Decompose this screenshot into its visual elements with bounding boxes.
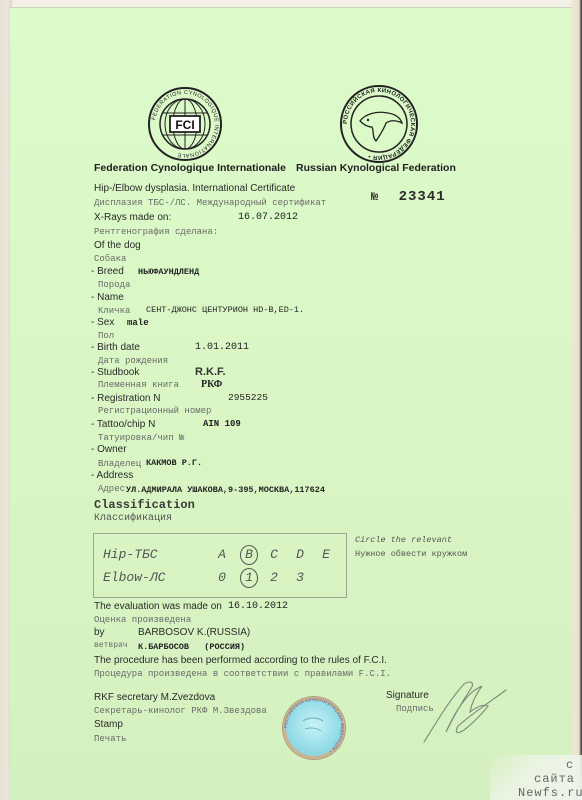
dog-label-ru: Собака	[94, 254, 126, 264]
tattoo-label-ru: Татуировка/чип №	[98, 433, 184, 443]
breed-value: НЬЮФАУНДЛЕНД	[138, 267, 199, 277]
xrays-date: 16.07.2012	[238, 212, 298, 223]
procedure-text-en: The procedure has been performed accordi…	[94, 655, 387, 666]
name-value: СЕНТ-ДЖОНС ЦЕНТУРИОН HD-B,ED-1.	[146, 305, 304, 315]
certificate-number: № 23341	[371, 189, 446, 205]
registration-value: 2955225	[228, 392, 268, 403]
address-label-ru: Адрес	[98, 484, 125, 494]
number-sign: №	[371, 190, 379, 204]
secretary-en: RKF secretary M.Zvezdova	[94, 692, 215, 703]
address-value: УЛ.АДМИРАЛА УШАКОВА,9-395,МОСКВА,117624	[126, 485, 325, 495]
handwritten-signature-icon	[418, 672, 528, 752]
hip-grade-C: C	[266, 547, 282, 562]
classification-title-ru: Классификация	[94, 513, 172, 524]
secretary-ru: Секретарь-кинолог РКФ М.Звездова	[94, 706, 267, 716]
sex-label-en: - Sex	[91, 317, 114, 328]
vet-name-ru: К.БАРБОСОВ (РОССИЯ)	[138, 642, 245, 652]
classification-box: Hip-ТБС ABCDE Elbow-ЛС 0123	[93, 533, 347, 598]
svg-text:РОССИЙСКАЯ КИНОЛОГИЧЕСКАЯ ФЕДЕ: РОССИЙСКАЯ КИНОЛОГИЧЕСКАЯ ФЕДЕРАЦИЯ •	[343, 88, 415, 160]
studbook-label-en: - Studbook	[91, 367, 139, 378]
evaluation-label-ru: Оценка произведена	[94, 615, 191, 625]
studbook-label-ru: Племенная книга	[98, 380, 179, 390]
hip-grade-B: B	[240, 545, 258, 565]
studbook-value-ru: РКФ	[201, 379, 222, 390]
fci-logo: FCI FEDERATION CYNOLOGIQUE INTERNATIONAL…	[146, 85, 224, 163]
rkf-logo: РОССИЙСКАЯ КИНОЛОГИЧЕСКАЯ ФЕДЕРАЦИЯ •	[338, 83, 420, 165]
by-label-en: by	[94, 627, 105, 638]
watermark-line-2: сайта	[534, 772, 575, 786]
circle-note-en: Circle the relevant	[355, 535, 452, 545]
tattoo-label-en: - Tattoo/chip N	[91, 419, 155, 430]
owner-value: КАКМОВ Р.Г.	[146, 458, 202, 468]
elbow-label: Elbow-ЛС	[103, 570, 165, 585]
vet-name-en: BARBOSOV K.(RUSSIA)	[138, 627, 250, 638]
watermark-line-1: с	[566, 758, 574, 772]
sex-value: male	[127, 318, 149, 328]
scan-right-edge	[572, 0, 582, 800]
studbook-value-en: R.K.F.	[195, 366, 226, 378]
hip-grade-D: D	[292, 547, 308, 562]
evaluation-label-en: The evaluation was made on	[94, 601, 222, 612]
breed-label-ru: Порода	[98, 280, 130, 290]
hip-grades: ABCDE	[214, 547, 344, 565]
elbow-grades: 0123	[214, 570, 344, 588]
classification-title-en: Classification	[94, 498, 195, 512]
rkf-hologram-stamp-icon: РОССИЙСКАЯ КИНОЛОГИЧЕСКАЯ ФЕДЕРАЦИЯ •	[283, 697, 345, 759]
fci-name: Federation Cynologique Internationale	[94, 162, 286, 174]
registration-label-en: - Registration N	[91, 393, 160, 404]
hip-label: Hip-ТБС	[103, 547, 158, 562]
name-label-ru: Кличка	[98, 306, 130, 316]
procedure-text-ru: Процедура произведена в соответствии с п…	[94, 669, 391, 679]
name-label-en: - Name	[91, 292, 124, 303]
by-label-ru: ветврач	[94, 641, 128, 650]
birth-date-value: 1.01.2011	[195, 342, 249, 353]
tattoo-value: AIN 109	[203, 419, 241, 429]
circle-note-ru: Нужное обвести кружком	[355, 549, 467, 559]
owner-label-ru: Владелец	[98, 459, 141, 469]
fci-globe-emblem-icon: FCI FEDERATION CYNOLOGIQUE INTERNATIONAL…	[146, 85, 224, 163]
xrays-label-en: X-Rays made on:	[94, 212, 171, 223]
svg-text:FCI: FCI	[175, 118, 194, 132]
stamp-label-ru: Печать	[94, 734, 126, 744]
elbow-grade-3: 3	[292, 570, 308, 585]
hip-grade-A: A	[214, 547, 230, 562]
owner-label-en: - Owner	[91, 444, 127, 455]
evaluation-date: 16.10.2012	[228, 601, 288, 612]
birth-date-label-en: - Birth date	[91, 342, 140, 353]
watermark-line-3: Newfs.ru	[518, 786, 582, 800]
elbow-grade-2: 2	[266, 570, 282, 585]
dog-label-en: Of the dog	[94, 240, 141, 251]
rkf-dog-head-emblem-icon: РОССИЙСКАЯ КИНОЛОГИЧЕСКАЯ ФЕДЕРАЦИЯ •	[338, 83, 420, 165]
xrays-label-ru: Рентгенография сделана:	[94, 227, 218, 237]
elbow-grade-0: 0	[214, 570, 230, 585]
address-label-en: - Address	[91, 470, 133, 481]
certificate-title-ru: Дисплазия ТБС-/ЛС. Международный сертифи…	[94, 198, 326, 208]
registration-label-ru: Регистрационный номер	[98, 406, 211, 416]
stamp-label-en: Stamp	[94, 719, 123, 730]
breed-label-en: - Breed	[91, 266, 124, 277]
hip-grade-E: E	[318, 547, 334, 562]
certificate-title-en: Hip-/Elbow dysplasia. International Cert…	[94, 183, 295, 194]
svg-text:РОССИЙСКАЯ КИНОЛОГИЧЕСКАЯ ФЕДЕ: РОССИЙСКАЯ КИНОЛОГИЧЕСКАЯ ФЕДЕРАЦИЯ •	[283, 697, 345, 754]
birth-date-label-ru: Дата рождения	[98, 356, 168, 366]
rkf-name: Russian Kynological Federation	[296, 162, 456, 174]
elbow-grade-1: 1	[240, 568, 258, 588]
sex-label-ru: Пол	[98, 331, 114, 341]
number-value: 23341	[399, 189, 446, 205]
